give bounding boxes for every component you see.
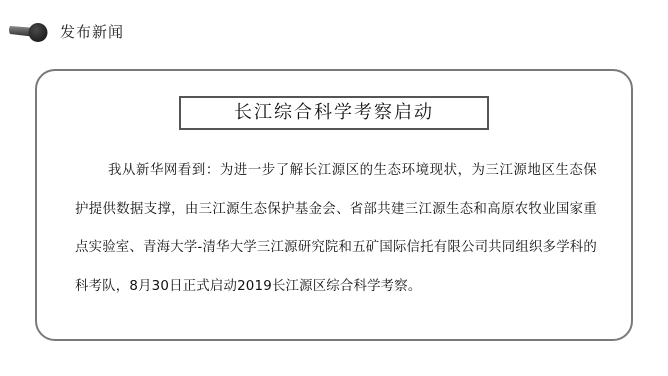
section-title: 发布新闻: [60, 20, 124, 44]
microphone-icon: [8, 20, 50, 44]
article-title: 长江综合科学考察启动: [179, 96, 489, 130]
article-body: 我从新华网看到：为进一步了解长江源区的生态环境现状，为三江源地区生态保护提供数据…: [75, 152, 597, 306]
page-header: 发布新闻: [0, 0, 668, 60]
